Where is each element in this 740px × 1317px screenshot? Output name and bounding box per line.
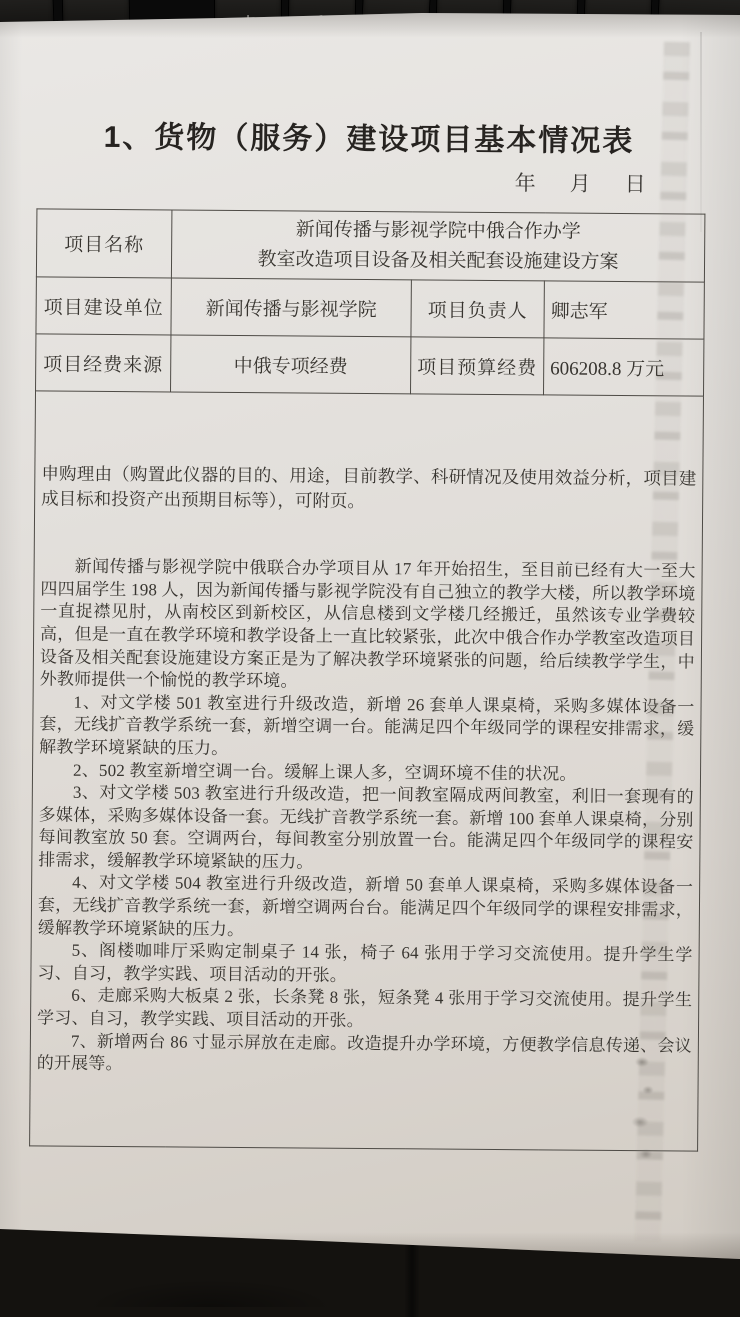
project-name-value: 新闻传播与影视学院中俄合作办学 教室改造项目设备及相关配套设施建设方案 (171, 210, 705, 282)
build-unit-value: 新闻传播与影视学院 (171, 278, 411, 337)
project-name-line2: 教室改造项目设备及相关配套设施建设方案 (178, 244, 698, 278)
reason-body: 新闻传播与影视学院中俄联合办学项目从 17 年开始招生，至目前已经有大一至大四四… (37, 556, 696, 1081)
reason-cell: 申购理由（购置此仪器的目的、用途，目前教学、科研情况及使用效益分析，项目建成目标… (30, 391, 704, 1151)
date-month-label: 月 (570, 168, 591, 198)
budget-label: 项目预算经费 (411, 337, 544, 395)
fabric-fold (60, 1267, 360, 1307)
paper-sheet: 1、货物（服务）建设项目基本情况表 年 月 日 项目名称 新闻传播与影视学院中俄… (0, 12, 740, 1262)
project-name-line1: 新闻传播与影视学院中俄合作办学 (178, 215, 698, 249)
photo-of-document: ' 2 3 · ” 1、货物（服务）建设项目基本情况表 年 月 日 (0, 0, 740, 1317)
body-paragraph: 4、对文学楼 504 教室进行升级改造，新增 50 套单人课桌椅，采购多媒体设备… (38, 872, 694, 945)
table-row-project-name: 项目名称 新闻传播与影视学院中俄合作办学 教室改造项目设备及相关配套设施建设方案 (36, 209, 705, 282)
build-unit-label: 项目建设单位 (36, 277, 171, 335)
date-day-label: 日 (625, 168, 646, 198)
reason-header: 申购理由（购置此仪器的目的、用途，目前教学、科研情况及使用效益分析，项目建成目标… (41, 462, 696, 517)
body-paragraph: 5、阁楼咖啡厅采购定制桌子 14 张，椅子 64 张用于学习交流使用。提升学生学… (37, 940, 692, 990)
project-name-label: 项目名称 (36, 209, 172, 278)
body-paragraph: 3、对文学楼 503 教室进行升级改造，把一间教室隔成两间教室，利旧一套现有的多… (38, 782, 694, 878)
paper-fold-crease (700, 32, 702, 232)
body-paragraph: 7、新增两台 86 寸显示屏放在走廊。改造提升办学环境，方便教学信息传递、会议的… (37, 1030, 692, 1080)
table-row-reason: 申购理由（购置此仪器的目的、用途，目前教学、科研情况及使用效益分析，项目建成目标… (30, 391, 704, 1151)
project-leader-label: 项目负责人 (411, 280, 544, 338)
project-info-table: 项目名称 新闻传播与影视学院中俄合作办学 教室改造项目设备及相关配套设施建设方案… (29, 208, 705, 1151)
date-line: 年 月 日 (515, 167, 646, 198)
date-year-label: 年 (515, 167, 536, 197)
page-title: 1、货物（服务）建设项目基本情况表 (0, 111, 739, 161)
pencil-smudge-marks (612, 1042, 672, 1172)
body-paragraph: 1、对文学楼 501 教室进行升级改造，新增 26 套单人课桌椅，采购多媒体设备… (39, 691, 695, 764)
table-row-fund-source: 项目经费来源 中俄专项经费 项目预算经费 606208.8 万元 (36, 334, 704, 396)
body-paragraph: 新闻传播与影视学院中俄联合办学项目从 17 年开始招生，至目前已经有大一至大四四… (40, 556, 696, 697)
fund-source-value: 中俄专项经费 (171, 335, 411, 394)
body-paragraph: 6、走廊采购大板桌 2 张，长条凳 8 张，短条凳 4 张用于学习交流使用。提升… (37, 985, 692, 1035)
fund-source-label: 项目经费来源 (36, 334, 171, 392)
table-row-build-unit: 项目建设单位 新闻传播与影视学院 项目负责人 卿志军 (36, 277, 704, 339)
